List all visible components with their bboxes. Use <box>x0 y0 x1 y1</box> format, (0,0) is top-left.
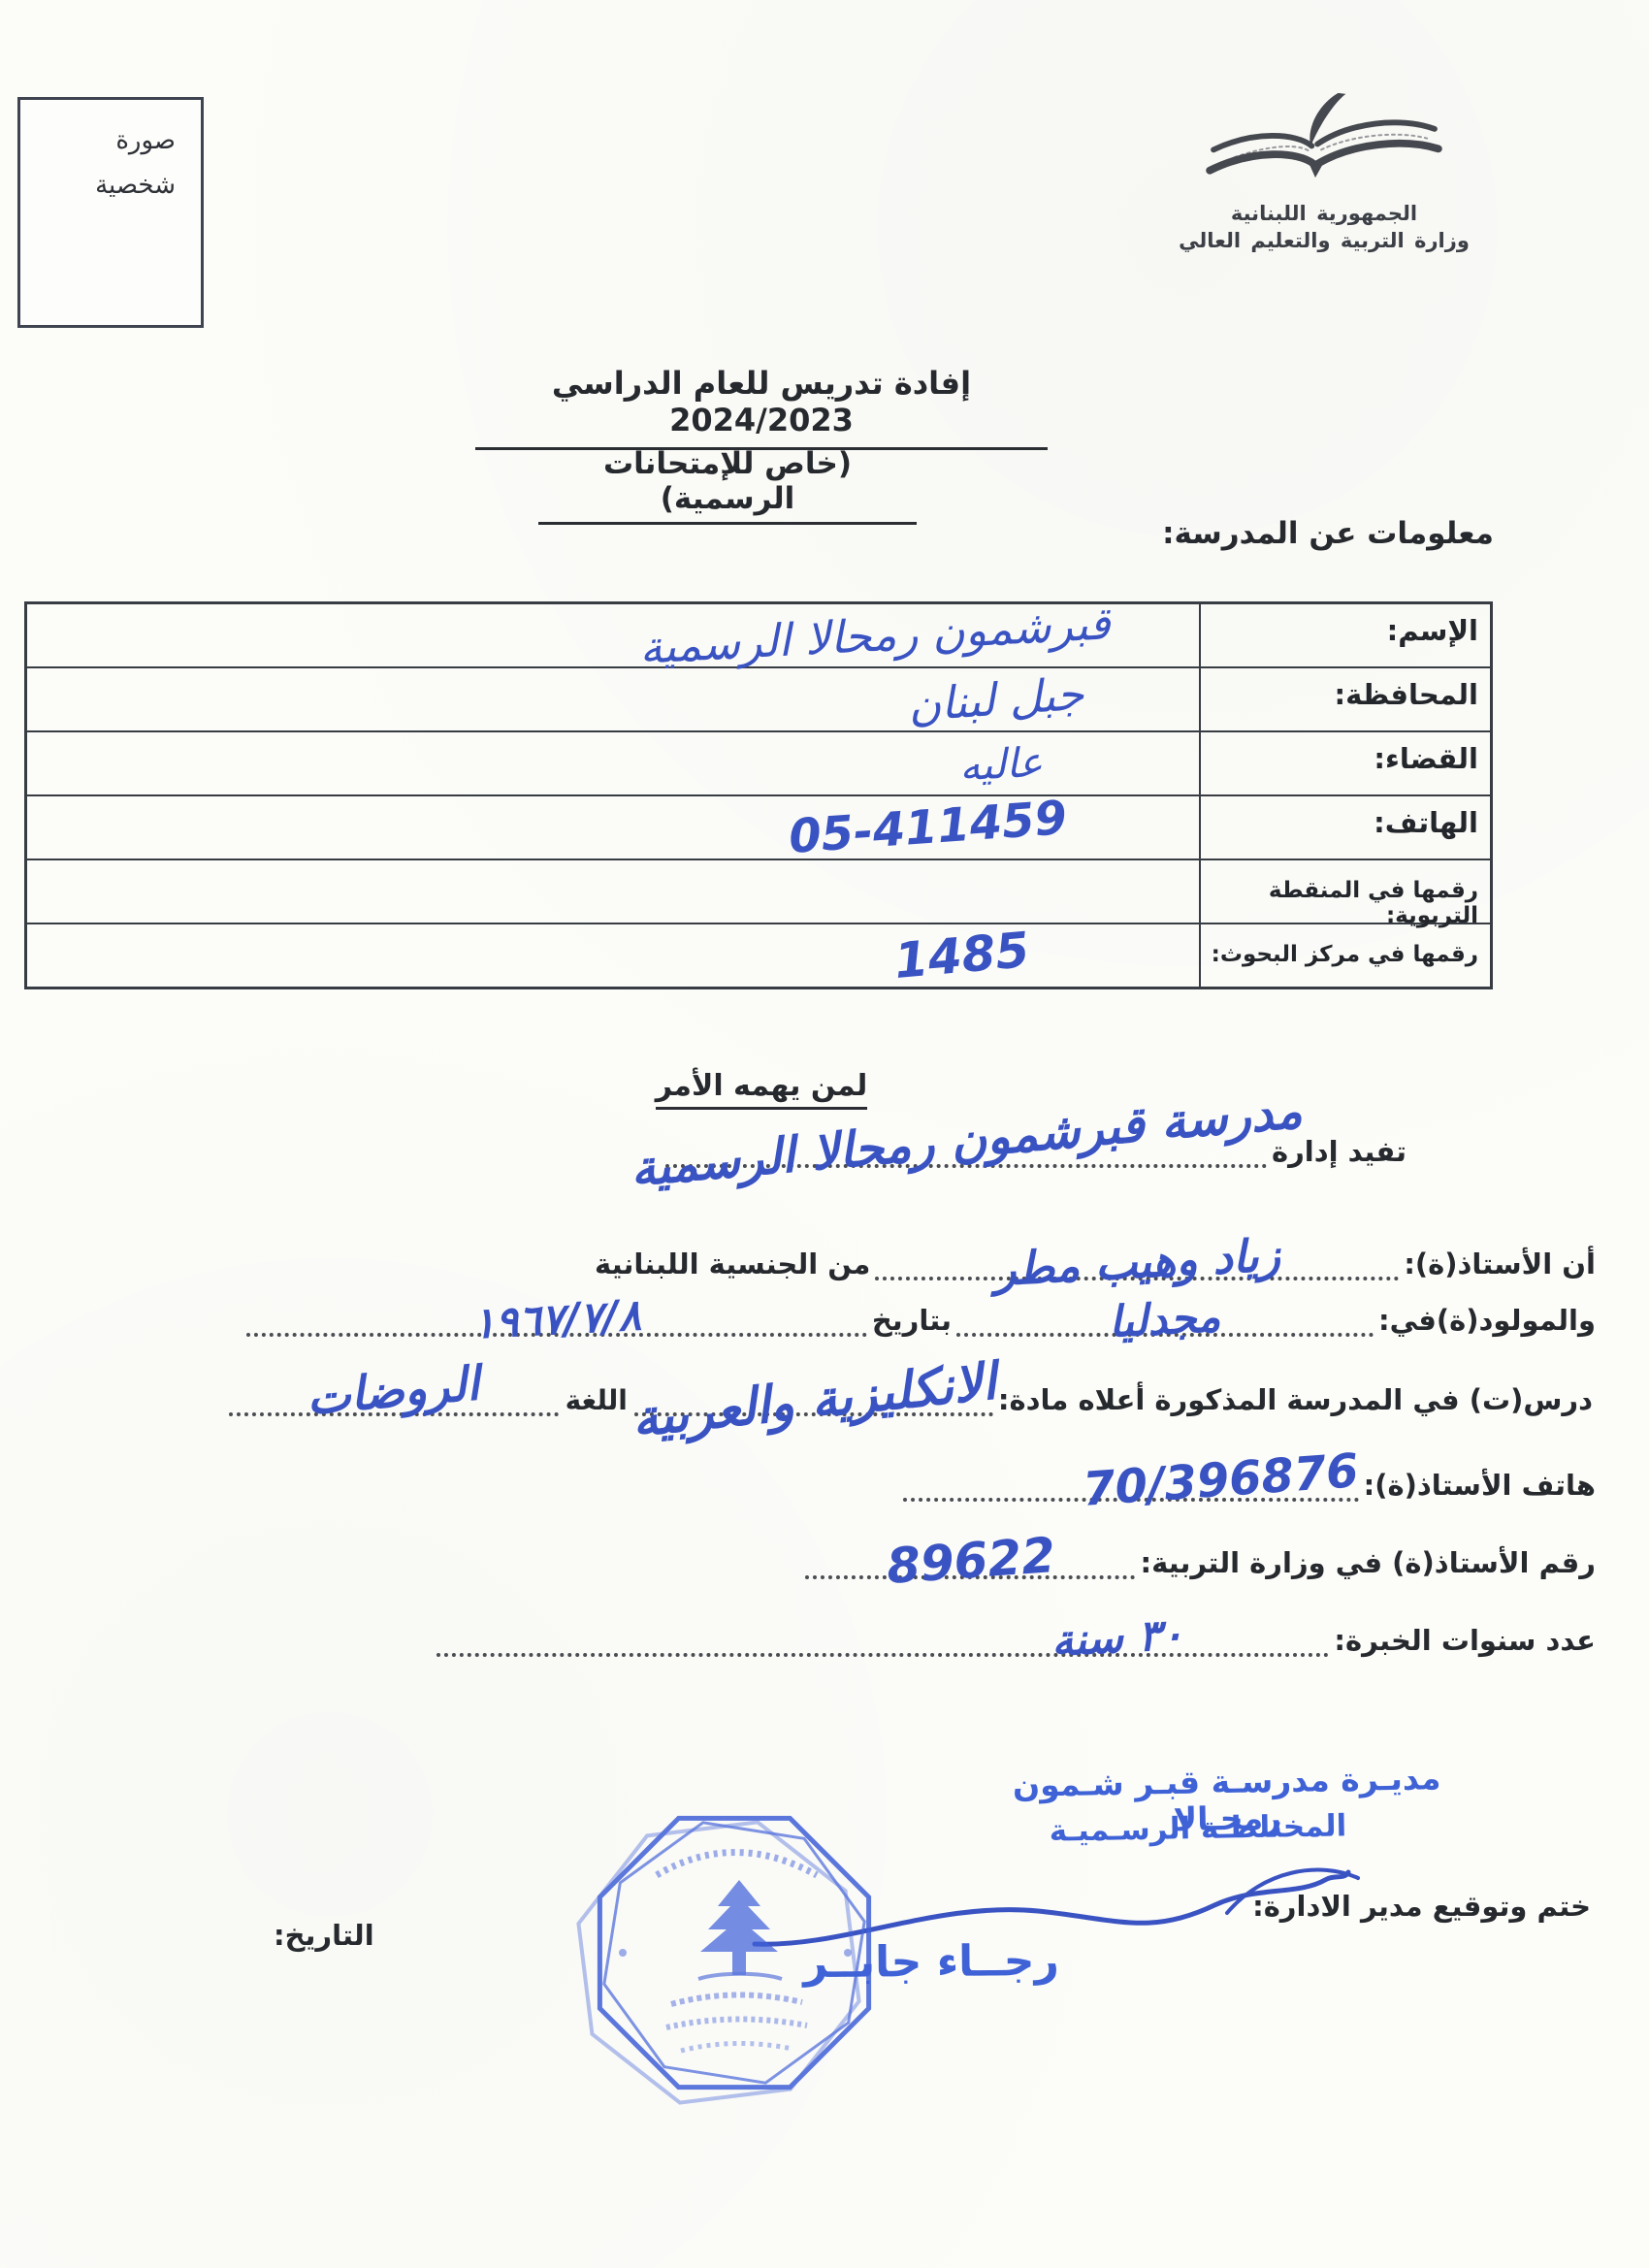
teacher-phone-line: هاتف الأستاذ(ة): 70/396876 <box>903 1467 1596 1502</box>
school-info-heading: معلومات عن المدرسة: <box>1162 516 1494 551</box>
table-label: رقمها في مركز البحوث: <box>1199 924 1490 987</box>
ministry-header: الجمهورية اللبنانية وزارة التربية والتعل… <box>1149 89 1499 252</box>
official-cedar-seal-icon <box>574 1783 894 2122</box>
dotted-field: مجدليا <box>956 1302 1374 1337</box>
form-subtitle: (خاص للإمتحانات الرسمية) <box>538 446 917 525</box>
handwritten-district: عاليه <box>958 737 1044 789</box>
handwritten-school-name: قبرشمون رمحالا الرسمية <box>638 597 1112 673</box>
birth-line: والمولود(ة)في: مجدليا بتاريخ ١٩٦٧/٧/٨ <box>246 1302 1596 1337</box>
birth-label: والمولود(ة)في: <box>1378 1304 1596 1337</box>
table-row-governorate: المحافظة: جبل لبنان <box>27 668 1490 732</box>
table-label: القضاء: <box>1199 732 1490 794</box>
school-intro-line: تفيد إدارة مدرسة قبرشمون رمحالا الرسمية <box>665 1133 1406 1168</box>
school-intro-label: تفيد إدارة <box>1272 1135 1406 1168</box>
dotted-field: ٣٠ سنة <box>436 1622 1329 1657</box>
table-row-research-number: رقمها في مركز البحوث: 1485 <box>27 924 1490 987</box>
dotted-field: الروضات <box>229 1381 559 1416</box>
handwritten-ministry-number: 89622 <box>885 1527 1057 1595</box>
scanned-teaching-certificate: صورة شخصية الجمهورية اللبنانية وزارة الت… <box>0 0 1649 2268</box>
ministry-name: وزارة التربية والتعليم العالي <box>1149 229 1499 252</box>
subject-label: درس(ت) في المدرسة المذكورة أعلاه مادة: <box>998 1383 1593 1416</box>
date-label: التاريخ: <box>274 1919 374 1952</box>
subject-line: درس(ت) في المدرسة المذكورة أعلاه مادة: ا… <box>229 1381 1593 1416</box>
salutation-row: لمن يهمه الأمر <box>601 1069 921 1110</box>
dotted-field: ١٩٦٧/٧/٨ <box>246 1302 867 1337</box>
dotted-field: الانكليزية والعربية <box>634 1381 993 1416</box>
stamp-school-text-line2: المختلطـة الرسـميـة <box>1048 1809 1349 1849</box>
school-info-table: الإسم: قبرشمون رمحالا الرسمية المحافظة: … <box>24 601 1493 989</box>
dotted-field: 70/396876 <box>903 1467 1359 1502</box>
table-row-phone: الهاتف: 05-411459 <box>27 796 1490 860</box>
teacher-phone-label: هاتف الأستاذ(ة): <box>1364 1469 1596 1502</box>
dotted-field: مدرسة قبرشمون رمحالا الرسمية <box>665 1133 1267 1168</box>
ministry-number-line: رقم الأستاذ(ة) في وزارة التربية: 89622 <box>805 1544 1596 1579</box>
table-row-district: القضاء: عاليه <box>27 732 1490 796</box>
table-value-cell: جبل لبنان <box>27 668 1199 730</box>
table-value-cell: 1485 <box>27 924 1199 987</box>
dotted-field: 89622 <box>805 1544 1135 1579</box>
handwritten-birthdate: ١٩٦٧/٧/٨ <box>471 1290 642 1348</box>
handwritten-subject-2: الروضات <box>305 1356 481 1425</box>
handwritten-teacher-phone: 70/396876 <box>1081 1443 1360 1517</box>
table-value-cell: قبرشمون رمحالا الرسمية <box>27 604 1199 666</box>
teacher-label: أن الأستاذ(ة): <box>1404 1247 1596 1280</box>
experience-line: عدد سنوات الخبرة: ٣٠ سنة <box>436 1622 1596 1657</box>
table-row-name: الإسم: قبرشمون رمحالا الرسمية <box>27 604 1490 668</box>
printed-word-language: اللغة <box>566 1384 628 1416</box>
dotted-field: زياد وهيب مطر <box>875 1246 1399 1280</box>
experience-label: عدد سنوات الخبرة: <box>1334 1624 1596 1657</box>
table-value-cell: عاليه <box>27 732 1199 794</box>
nationality-suffix: من الجنسية اللبنانية <box>595 1247 870 1280</box>
handwritten-birthplace: مجدليا <box>1108 1292 1222 1347</box>
teacher-name-line: أن الأستاذ(ة): زياد وهيب مطر من الجنسية … <box>595 1246 1596 1280</box>
republic-name: الجمهورية اللبنانية <box>1149 202 1499 225</box>
to-whom-it-may-concern: لمن يهمه الأمر <box>656 1069 868 1110</box>
photo-placeholder-box: صورة شخصية <box>17 97 204 328</box>
table-label: المحافظة: <box>1199 668 1490 730</box>
table-label: الهاتف: <box>1199 796 1490 859</box>
table-row-zone-number: رقمها في المنقطة التربوية: <box>27 860 1490 924</box>
subtitle-row: (خاص للإمتحانات الرسمية) <box>538 446 917 525</box>
table-label: رقمها في المنقطة التربوية: <box>1199 860 1490 923</box>
ministry-number-label: رقم الأستاذ(ة) في وزارة التربية: <box>1140 1546 1596 1579</box>
photo-box-label: صورة شخصية <box>20 100 201 208</box>
form-title: إفادة تدريس للعام الدراسي 2024/2023 <box>475 365 1048 450</box>
handwritten-school-phone: 05-411459 <box>788 791 1069 864</box>
handwritten-teacher-name: زياد وهيب مطر <box>993 1228 1281 1295</box>
handwritten-experience: ٣٠ سنة <box>1051 1609 1185 1666</box>
table-label: الإسم: <box>1199 604 1490 666</box>
open-book-logo-icon <box>1193 89 1455 198</box>
table-value-cell: 05-411459 <box>27 796 1199 859</box>
table-value-cell <box>27 860 1199 923</box>
seal-signature-label: ختم وتوقيع مدير الادارة: <box>1252 1890 1591 1923</box>
handwritten-governorate: جبل لبنان <box>907 667 1086 732</box>
birthdate-label: بتاريخ <box>872 1304 952 1337</box>
title-row: إفادة تدريس للعام الدراسي 2024/2023 <box>475 365 1048 450</box>
handwritten-research-number: 1485 <box>892 922 1032 989</box>
handwritten-subject: الانكليزية والعربية <box>630 1352 999 1448</box>
